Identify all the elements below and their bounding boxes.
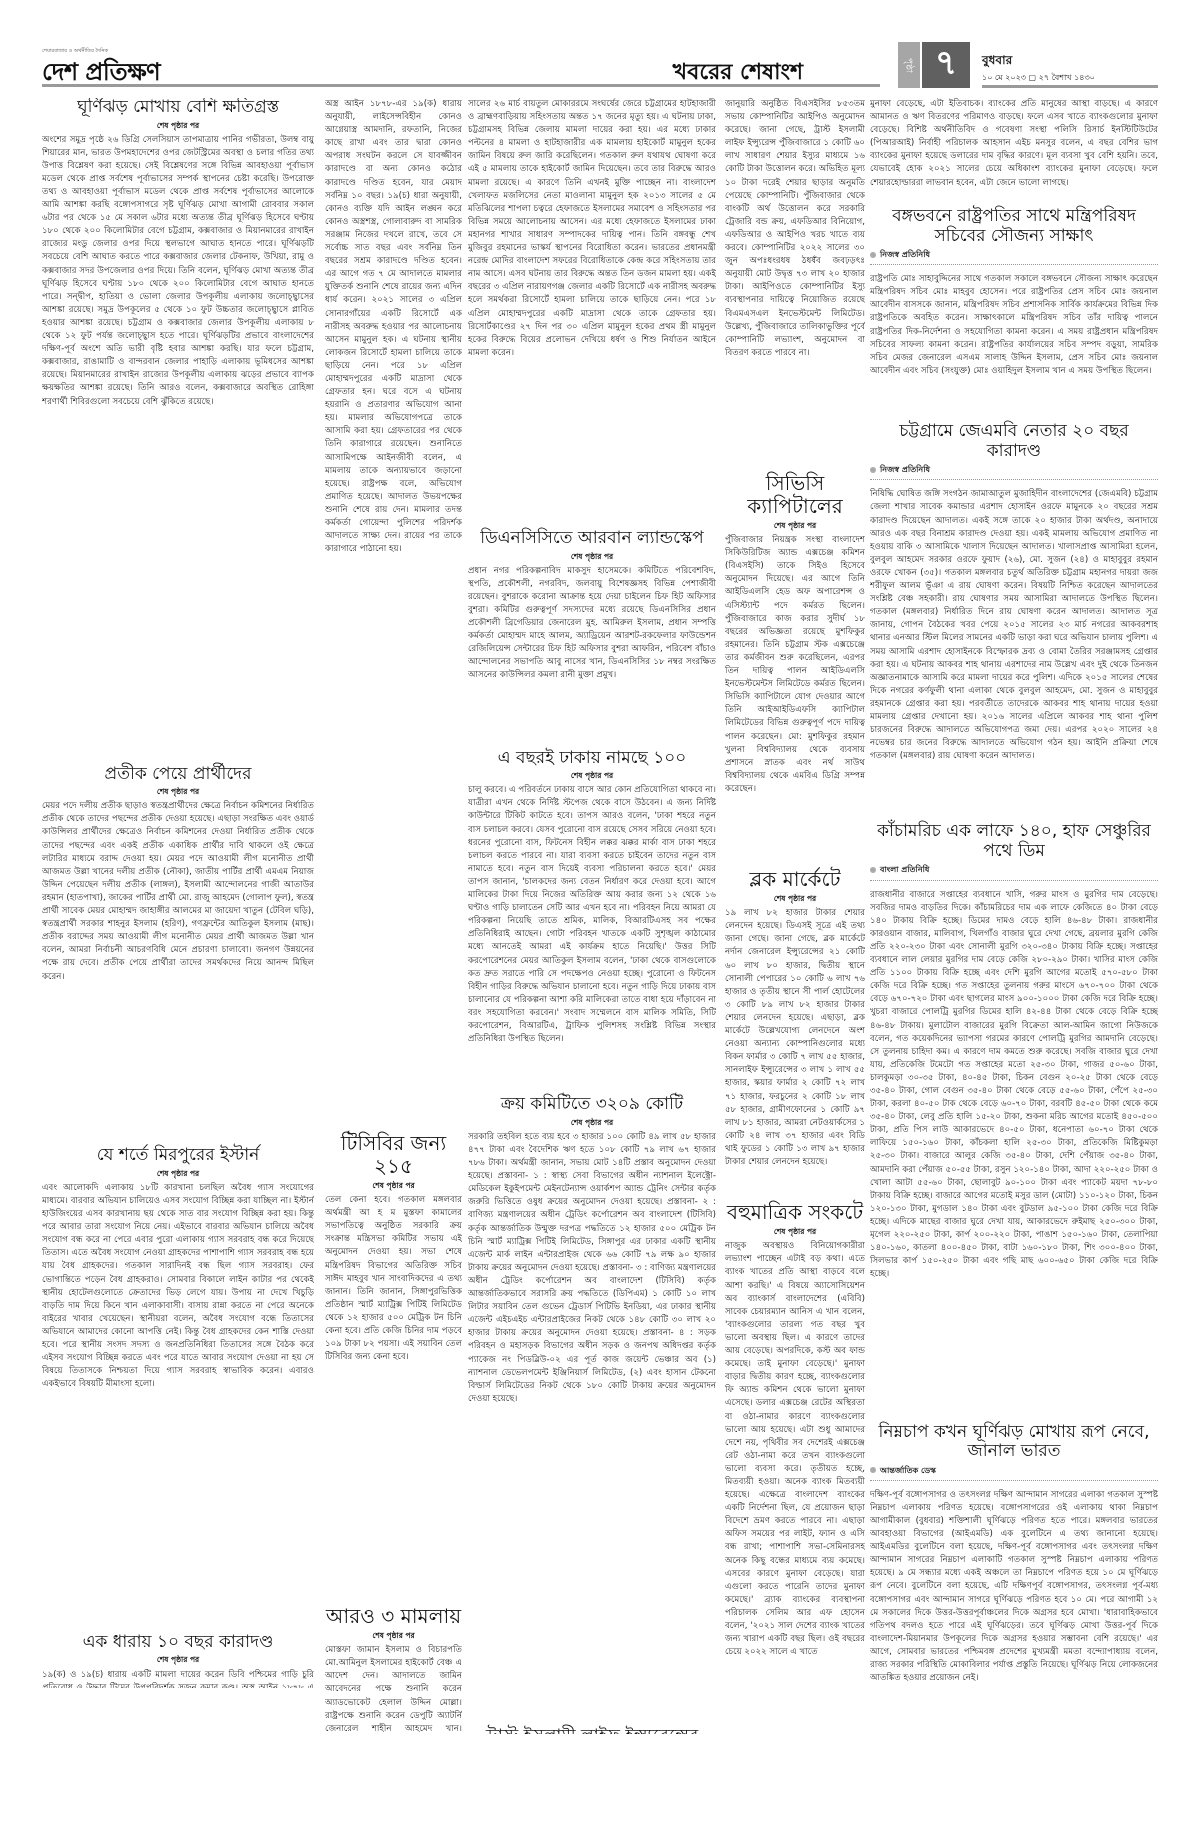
byline-depression: আন্তর্জাতিক ডেস্ক xyxy=(870,1464,1158,1477)
column-1: ঘূর্ণিঝড় মোখায় বেশি ক্ষতিগ্রস্ত শেষ পৃ… xyxy=(42,98,314,1688)
body-bus: চালু করবে। এ পরিবর্তনে ঢাকায় বাসে আর কো… xyxy=(468,784,716,1089)
headline-eastern[interactable]: যে শর্তে মিরপুরের ইস্টার্ন xyxy=(42,1146,314,1166)
masthead: শেয়ারবাজার ও অর্থনীতির দৈনিক দেশ প্রতিক… xyxy=(0,0,1200,88)
kicker-cvc: শেষ পৃষ্ঠার পর xyxy=(725,519,865,532)
body-chili: রাজধানীর বাজারে সপ্তাহের ব্যবধানে খাসি, … xyxy=(870,889,1158,1419)
issue-day: বুধবার xyxy=(982,52,1012,72)
kicker-block-market: শেষ পৃষ্ঠার পর xyxy=(725,892,865,905)
kicker-tcb: শেষ পৃষ্ঠার পর xyxy=(325,1179,462,1192)
body-cvc: পুঁজিবাজার নিয়ন্ত্রক সংস্থা বাংলাদেশ সি… xyxy=(725,534,865,864)
kicker-bus: শেষ পৃষ্ঠার পর xyxy=(468,769,716,782)
body-block-market: ১৯ লাখ ৮২ হাজার টাকার শেয়ার লেনদেন হয়ে… xyxy=(725,907,865,1197)
newspaper-logo[interactable]: দেশ প্রতিক্ষণ xyxy=(42,54,160,94)
body-three-cases: মোস্তফা জামান ইসলাম ও বিচারপতি মো.আমিনুল… xyxy=(325,1644,462,1734)
body-mamunul: সালের ২৬ মার্চ বায়তুল মোকাররমে সংঘর্ষের… xyxy=(468,98,716,523)
headline-depression[interactable]: নিম্নচাপ কখন ঘূর্ণিঝড় মোখায় রূপ নেবে, … xyxy=(870,1423,1158,1462)
article-chili: কাঁচামরিচ এক লাফে ১৪০, হাফ সেঞ্চুরির পথে… xyxy=(870,822,1158,1418)
page-label: পৃষ্ঠা xyxy=(898,42,920,88)
article-depression: নিম্নচাপ কখন ঘূর্ণিঝড় মোখায় রূপ নেবে, … xyxy=(870,1423,1158,1686)
column-3: সালের ২৬ মার্চ বায়তুল মোকাররমে সংঘর্ষের… xyxy=(468,98,716,1734)
bullet-icon xyxy=(870,867,876,873)
column-5: মুনাফা বেড়েছে, এটা ইতিবাচক। ব্যাংকের প্… xyxy=(870,98,1158,1734)
body-jmb: নিষিদ্ধি ঘোষিত জঙ্গি সংগঠন জামাআতুল মুজা… xyxy=(870,488,1158,818)
bullet-icon xyxy=(870,252,876,258)
divider xyxy=(870,479,1158,480)
byline-text: আন্তর্জাতিক ডেস্ক xyxy=(880,1464,936,1477)
headline-symbol[interactable]: প্রতীক পেয়ে প্রার্থীদের xyxy=(42,765,314,785)
headline-bus[interactable]: এ বছরই ঢাকায় নামছে ১০০ xyxy=(468,749,716,769)
byline-bangabhaban: নিজস্ব প্রতিনিধি xyxy=(870,248,1158,261)
body-tcb: তেল কেনা হবে। গতকাল মঙ্গলবার অর্থমন্ত্রী… xyxy=(325,1194,462,1599)
article-cyclone: ঘূর্ণিঝড় মোখায় বেশি ক্ষতিগ্রস্ত শেষ পৃ… xyxy=(42,98,314,759)
body-ipo: জানুয়ারি অনুষ্ঠিত বিএসইসির ৮৫৩তম সভায় … xyxy=(725,98,865,468)
divider xyxy=(870,880,1158,881)
article-bus: এ বছরই ঢাকায় নামছে ১০০ শেষ পৃষ্ঠার পর চ… xyxy=(468,749,716,1090)
article-jmb: চট্টগ্রামে জেএমবি নেতার ২০ বছর কারাদণ্ড … xyxy=(870,422,1158,818)
article-bangabhaban: বঙ্গভবনে রাষ্ট্রপতির সাথে মন্ত্রিপরিষদ স… xyxy=(870,207,1158,418)
headline-jmb[interactable]: চট্টগ্রামে জেএমবি নেতার ২০ বছর কারাদণ্ড xyxy=(870,422,1158,461)
article-ten-years: এক ধারায় ১০ বছর কারাদণ্ড শেষ পৃষ্ঠার পর… xyxy=(42,1633,314,1688)
divider xyxy=(870,264,1158,265)
headline-dncc[interactable]: ডিএনসিসিতে আরবান ল্যান্ডস্কেপ xyxy=(468,529,716,549)
byline-text: বাংলা প্রতিনিধি xyxy=(880,863,929,876)
body-dncc: প্রধান নগর পরিকল্পনাবিদ মাকসুদ হাসেমকে। … xyxy=(468,565,716,743)
body-bank-profit: মুনাফা বেড়েছে, এটা ইতিবাচক। ব্যাংকের প্… xyxy=(870,98,1158,203)
masthead-divider-right xyxy=(982,85,1158,88)
headline-block-market[interactable]: ব্লক মার্কেটে xyxy=(725,868,865,891)
body-arms-law: অস্ত্র আইন ১৮৭৮-এর ১৯(ক) ধারায় অনুযায়ী… xyxy=(325,98,462,1128)
headline-crisis[interactable]: বহুমাত্রিক সংকটে xyxy=(725,1201,865,1224)
article-symbol: প্রতীক পেয়ে প্রার্থীদের শেষ পৃষ্ঠার পর … xyxy=(42,765,314,1141)
byline-jmb: নিজস্ব প্রতিনিধি xyxy=(870,463,1158,476)
kicker-purchase: শেষ পৃষ্ঠার পর xyxy=(468,1116,716,1129)
article-purchase: ক্রয় কমিটিতে ৩২০৯ কোটি শেষ পৃষ্ঠার পর স… xyxy=(468,1095,716,1723)
headline-chili[interactable]: কাঁচামরিচ এক লাফে ১৪০, হাফ সেঞ্চুরির পথে… xyxy=(870,822,1158,861)
headline-bangabhaban[interactable]: বঙ্গভবনে রাষ্ট্রপতির সাথে মন্ত্রিপরিষদ স… xyxy=(870,207,1158,246)
article-eastern: যে শর্তে মিরপুরের ইস্টার্ন শেষ পৃষ্ঠার প… xyxy=(42,1146,314,1627)
body-symbol: মেয়র পদে দলীয় প্রতীক ছাড়াও স্বতন্ত্রপ… xyxy=(42,800,314,1140)
kicker-three-cases: শেষ পৃষ্ঠার পর xyxy=(325,1629,462,1642)
article-three-cases: আরও ৩ মামলায় শেষ পৃষ্ঠার পর মোস্তফা জাম… xyxy=(325,1605,462,1734)
bullet-icon xyxy=(870,467,876,473)
article-trust: ট্রাস্ট ইসলামী লাইফ ইন্স্যুরেন্সের শেষ প… xyxy=(468,1727,716,1734)
headline-ten-years[interactable]: এক ধারায় ১০ বছর কারাদণ্ড xyxy=(42,1633,314,1653)
divider xyxy=(870,1480,1158,1481)
issue-date: ১০ মে ২০২৩ ▢ ২৭ বৈশাখ ১৪৩০ xyxy=(982,72,1095,85)
body-ten-years: ১৯(ক) ও ১৯(চ) ধারায় একটি মামলা দায়ের ক… xyxy=(42,1669,314,1688)
bullet-icon xyxy=(870,1467,876,1473)
body-crisis: নাজুক অবস্থায়ও বিনিয়োগকারীরা লভ্যাংশ প… xyxy=(725,1240,865,1659)
kicker-crisis: শেষ পৃষ্ঠার পর xyxy=(725,1225,865,1238)
byline-chili: বাংলা প্রতিনিধি xyxy=(870,863,1158,876)
column-2: অস্ত্র আইন ১৮৭৮-এর ১৯(ক) ধারায় অনুযায়ী… xyxy=(325,98,462,1734)
kicker-ten-years: শেষ পৃষ্ঠার পর xyxy=(42,1653,314,1666)
headline-tcb[interactable]: টিসিবির জন্য ২১৫ xyxy=(325,1132,462,1178)
column-4: জানুয়ারি অনুষ্ঠিত বিএসইসির ৮৫৩তম সভায় … xyxy=(725,98,865,1734)
kicker-cyclone: শেষ পৃষ্ঠার পর xyxy=(42,119,314,132)
body-cyclone: অংশের সমুদ্র পৃষ্ঠে ২৬ ডিগ্রি সেলসিয়াস … xyxy=(42,134,314,759)
headline-three-cases[interactable]: আরও ৩ মামলায় xyxy=(325,1605,462,1628)
headline-cvc[interactable]: সিভিসি ক্যাপিটালের xyxy=(725,472,865,518)
article-block-market: ব্লক মার্কেটে শেষ পৃষ্ঠার পর ১৯ লাখ ৮২ হ… xyxy=(725,868,865,1197)
body-depression: দক্ষিণ-পূর্ব বঙ্গোপসাগর ও তৎসংলগ্ন দক্ষি… xyxy=(870,1489,1158,1685)
section-title: খবরের শেষাংশ xyxy=(673,55,803,92)
headline-trust[interactable]: ট্রাস্ট ইসলামী লাইফ ইন্স্যুরেন্সের xyxy=(468,1727,716,1734)
page-number: ৭ xyxy=(922,42,970,88)
byline-text: নিজস্ব প্রতিনিধি xyxy=(880,248,930,261)
kicker-eastern: শেষ পৃষ্ঠার পর xyxy=(42,1167,314,1180)
body-bangabhaban: রাষ্ট্রপতি মোঃ সাহাবুদ্দিনের সাথে গতকাল … xyxy=(870,273,1158,418)
headline-cyclone[interactable]: ঘূর্ণিঝড় মোখায় বেশি ক্ষতিগ্রস্ত xyxy=(42,98,314,118)
article-cvc: সিভিসি ক্যাপিটালের শেষ পৃষ্ঠার পর পুঁজিব… xyxy=(725,472,865,864)
body-purchase: সরকারি তহবিল হতে ব্যয় হবে ৩ হাজার ১০০ ক… xyxy=(468,1131,716,1723)
article-tcb: টিসিবির জন্য ২১৫ শেষ পৃষ্ঠার পর তেল কেনা… xyxy=(325,1132,462,1599)
article-crisis: বহুমাত্রিক সংকটে শেষ পৃষ্ঠার পর নাজুক অব… xyxy=(725,1201,865,1659)
byline-text: নিজস্ব প্রতিনিধি xyxy=(880,463,930,476)
kicker-dncc: শেষ পৃষ্ঠার পর xyxy=(468,550,716,563)
kicker-symbol: শেষ পৃষ্ঠার পর xyxy=(42,785,314,798)
body-eastern: এবং আলোকদি এলাকায় ১৮টি কারখানা চলছিল অব… xyxy=(42,1182,314,1627)
article-dncc: ডিএনসিসিতে আরবান ল্যান্ডস্কেপ শেষ পৃষ্ঠা… xyxy=(468,529,716,743)
headline-purchase[interactable]: ক্রয় কমিটিতে ৩২০৯ কোটি xyxy=(468,1095,716,1115)
